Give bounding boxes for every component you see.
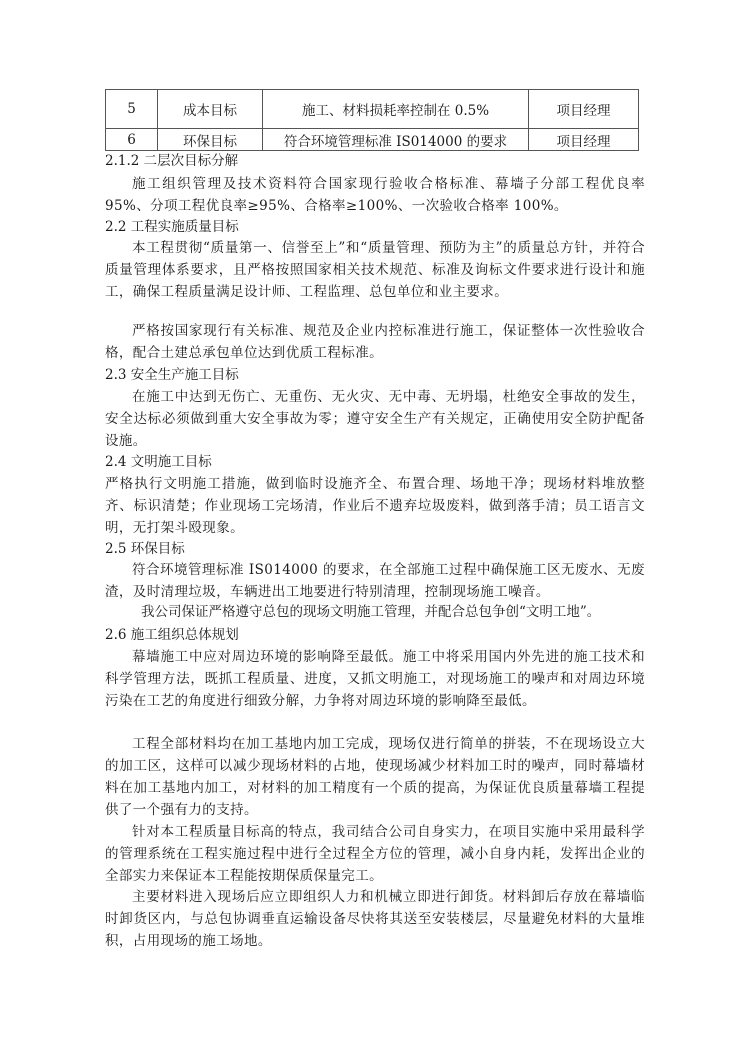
heading-2-4: 2.4 文明施工目标 (105, 451, 212, 473)
cell-owner: 项目经理 (529, 129, 639, 151)
heading-2-3: 2.3 安全生产施工目标 (105, 364, 239, 386)
cell-item: 成本目标 (158, 90, 263, 129)
cell-no: 6 (106, 129, 158, 151)
paragraph: 工程全部材料均在加工基地内加工完成，现场仅进行简单的拼装，不在现场设立大的加工区… (105, 733, 645, 821)
paragraph: 我公司保证严格遵守总包的现场文明施工管理，并配合总包争创“文明工地”。 (105, 601, 645, 623)
paragraph: 在施工中达到无伤亡、无重伤、无火灾、无中毒、无坍塌，杜绝安全事故的发生，安全达标… (105, 386, 645, 452)
paragraph: 幕墙施工中应对周边环境的影响降至最低。施工中将采用国内外先进的施工技术和科学管理… (105, 646, 645, 712)
cell-target: 符合环境管理标准 IS014000 的要求 (263, 129, 529, 151)
paragraph: 符合环境管理标准 IS014000 的要求，在全部施工过程中确保施工区无废水、无… (105, 559, 645, 603)
paragraph: 主要材料进入现场后应立即组织人力和机械立即进行卸货。材料卸后存放在幕墙临时卸货区… (105, 886, 645, 952)
paragraph: 严格执行文明施工措施，做到临时设施齐全、布置合理、场地干净；现场材料堆放整齐、标… (105, 473, 645, 539)
cell-item: 环保目标 (158, 129, 263, 151)
heading-2-1-2: 2.1.2 二层次目标分解 (105, 150, 238, 172)
table-row: 5 成本目标 施工、材料损耗率控制在 0.5% 项目经理 (106, 90, 639, 129)
heading-2-6: 2.6 施工组织总体规划 (105, 624, 239, 646)
table-row: 6 环保目标 符合环境管理标准 IS014000 的要求 项目经理 (106, 129, 639, 151)
paragraph: 针对本工程质量目标高的特点，我司结合公司自身实力，在项目实施中采用最科学的管理系… (105, 821, 645, 887)
cell-no: 5 (106, 90, 158, 129)
cell-target: 施工、材料损耗率控制在 0.5% (263, 90, 529, 129)
heading-2-5: 2.5 环保目标 (105, 538, 185, 560)
paragraph: 本工程贯彻“质量第一、信誉至上”和“质量管理、预防为主”的质量总方针，并符合质量… (105, 237, 645, 303)
document-page: 5 成本目标 施工、材料损耗率控制在 0.5% 项目经理 6 环保目标 符合环境… (0, 0, 744, 1052)
paragraph: 严格按国家现行有关标准、规范及企业内控标准进行施工，保证整体一次性验收合格，配合… (105, 320, 645, 364)
goals-table: 5 成本目标 施工、材料损耗率控制在 0.5% 项目经理 6 环保目标 符合环境… (105, 89, 639, 151)
heading-2-2: 2.2 工程实施质量目标 (105, 216, 239, 238)
paragraph: 施工组织管理及技术资料符合国家现行验收合格标准、幕墙子分部工程优良率 95%、分… (105, 173, 645, 217)
cell-owner: 项目经理 (529, 90, 639, 129)
